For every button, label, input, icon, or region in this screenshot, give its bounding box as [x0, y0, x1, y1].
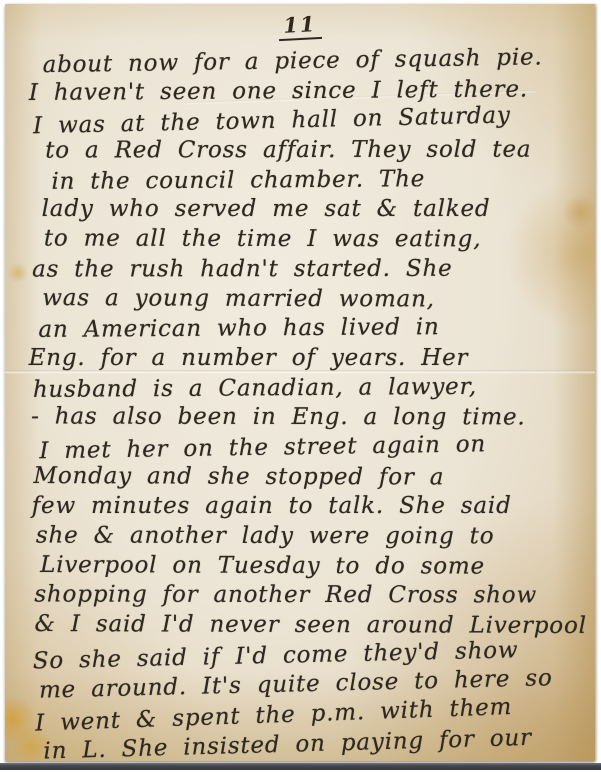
handwriting-line: to me all the time I was eating,: [28, 225, 590, 256]
handwriting-line: - has also been in Eng. a long time.: [29, 403, 591, 434]
handwritten-text: about now for a piece of squash pie. I h…: [27, 45, 594, 761]
scanned-letter-frame: 11 about now for a piece of squash pie. …: [0, 0, 601, 772]
handwriting-line: shopping for another Red Cross show: [30, 581, 592, 612]
handwriting-line: to a Red Cross affair. They sold tea: [27, 136, 589, 167]
letter-page: 11 about now for a piece of squash pie. …: [5, 4, 595, 761]
handwriting-line: lady who served me sat & talked: [28, 195, 590, 225]
handwriting-line: I met her on the street again on: [29, 429, 591, 468]
handwriting-line: Eng. for a number of years. Her: [29, 344, 591, 374]
handwriting-line: was a young married woman,: [28, 284, 590, 316]
handwriting-line: few minutes again to talk. She said: [30, 492, 592, 522]
page-number: 11: [278, 11, 323, 41]
handwriting-line: as the rush hadn't started. She: [28, 254, 590, 285]
handwriting-line: Liverpool on Tuesday to do some: [30, 551, 592, 583]
handwriting-line: an American who has lived in: [28, 312, 590, 346]
scanner-edge-strip: [0, 763, 601, 770]
handwriting-line: in the council chamber. The: [27, 164, 589, 198]
handwriting-line: husband is a Canadian, a lawyer,: [29, 372, 591, 406]
handwriting-line: Monday and she stopped for a: [29, 462, 591, 494]
handwriting-line: she & another lady were going to: [30, 522, 592, 553]
